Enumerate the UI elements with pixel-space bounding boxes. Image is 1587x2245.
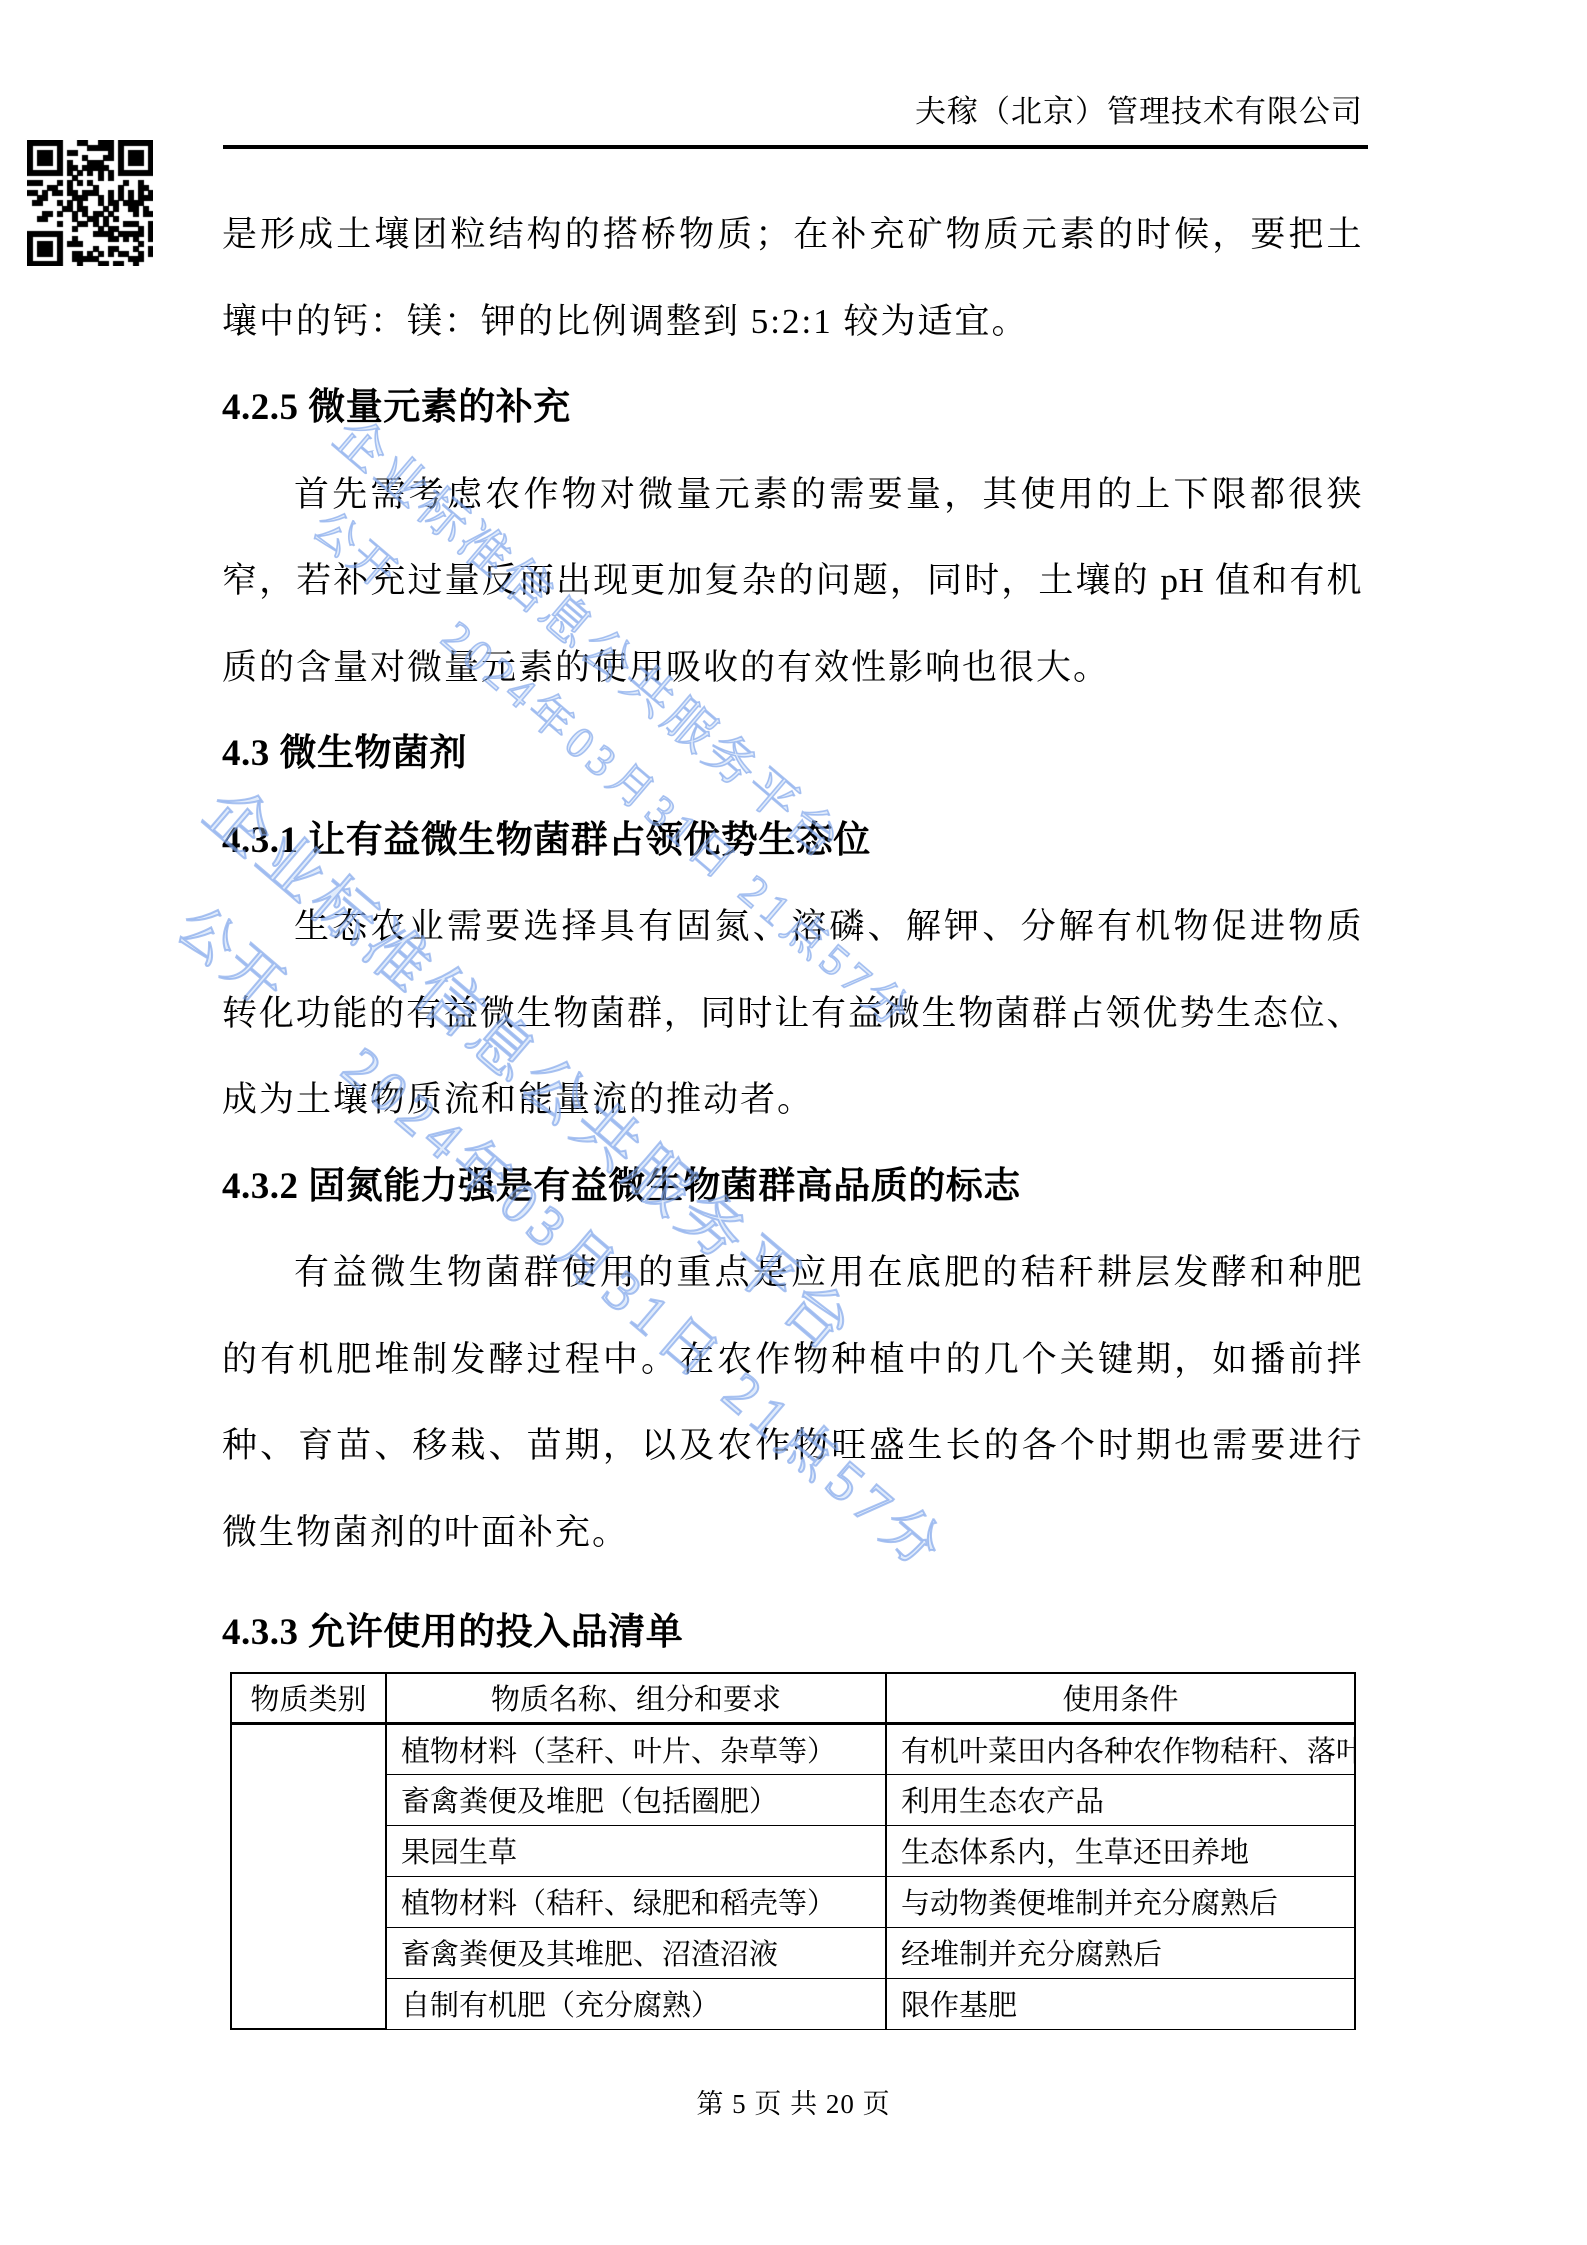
table-header-row: 物质类别 物质名称、组分和要求 使用条件 (231, 1673, 1355, 1723)
body-line: 种、育苗、移栽、苗期，以及农作物旺盛生长的各个时期也需要进行 (222, 1403, 1362, 1490)
use-condition-cell: 生态体系内，生草还田养地 (886, 1825, 1355, 1876)
table-row: 自制有机肥（充分腐熟）限作基肥 (231, 1978, 1355, 2029)
section-heading: 4.3.2 固氮能力强是有益微生物菌群高品质的标志 (222, 1144, 1362, 1231)
body-line: 窄，若补充过量反而出现更加复杂的问题，同时，土壤的 pH 值和有机 (222, 538, 1362, 625)
category-cell (231, 1723, 386, 2029)
material-name-cell: 果园生草 (386, 1825, 886, 1876)
table-row: 植物材料（秸秆、绿肥和稻壳等）与动物粪便堆制并充分腐熟后 (231, 1876, 1355, 1927)
col-header-name: 物质名称、组分和要求 (386, 1673, 886, 1723)
body-line: 壤中的钙：镁：钾的比例调整到 5:2:1 较为适宜。 (222, 279, 1362, 366)
section-heading: 4.3 微生物菌剂 (222, 711, 1362, 798)
body-line: 成为土壤物质流和能量流的推动者。 (222, 1057, 1362, 1144)
table-row: 畜禽粪便及堆肥（包括圈肥）利用生态农产品 (231, 1774, 1355, 1825)
inputs-table: 物质类别 物质名称、组分和要求 使用条件 植物材料（茎秆、叶片、杂草等）有机叶菜… (230, 1672, 1356, 2030)
body-line: 生态农业需要选择具有固氮、溶磷、解钾、分解有机物促进物质 (222, 884, 1362, 971)
body-line: 首先需考虑农作物对微量元素的需要量，其使用的上下限都很狭 (222, 452, 1362, 539)
body-line: 转化功能的有益微生物菌群，同时让有益微生物菌群占领优势生态位、 (222, 971, 1362, 1058)
use-condition-cell: 与动物粪便堆制并充分腐熟后 (886, 1876, 1355, 1927)
material-name-cell: 畜禽粪便及其堆肥、沼渣沼液 (386, 1927, 886, 1978)
material-name-cell: 畜禽粪便及堆肥（包括圈肥） (386, 1774, 886, 1825)
company-header: 夫稼（北京）管理技术有限公司 (915, 86, 1363, 131)
body-line: 是形成土壤团粒结构的搭桥物质；在补充矿物质元素的时候，要把土 (222, 192, 1362, 279)
use-condition-cell: 限作基肥 (886, 1978, 1355, 2029)
body-line: 质的含量对微量元素的使用吸收的有效性影响也很大。 (222, 625, 1362, 712)
section-heading: 4.3.3 允许使用的投入品清单 (222, 1590, 1362, 1677)
section-heading: 4.2.5 微量元素的补充 (222, 365, 1362, 452)
use-condition-cell: 有机叶菜田内各种农作物秸秆、落叶 (886, 1723, 1355, 1774)
table-row: 畜禽粪便及其堆肥、沼渣沼液经堆制并充分腐熟后 (231, 1927, 1355, 1978)
document-body: 是形成土壤团粒结构的搭桥物质；在补充矿物质元素的时候，要把土壤中的钙：镁：钾的比… (222, 192, 1362, 1677)
material-name-cell: 自制有机肥（充分腐熟） (386, 1978, 886, 2029)
col-header-condition: 使用条件 (886, 1673, 1355, 1723)
section-heading: 4.3.1 让有益微生物菌群占领优势生态位 (222, 798, 1362, 885)
document-page: 夫稼（北京）管理技术有限公司 企业标准信息公共服务平台 公开 2024年03月3… (0, 0, 1587, 2245)
qr-code-image (27, 140, 153, 266)
body-line: 有益微生物菌群使用的重点是应用在底肥的秸秆耕层发酵和种肥 (222, 1230, 1362, 1317)
use-condition-cell: 利用生态农产品 (886, 1774, 1355, 1825)
table-row: 植物材料（茎秆、叶片、杂草等）有机叶菜田内各种农作物秸秆、落叶 (231, 1723, 1355, 1774)
body-line: 微生物菌剂的叶面补充。 (222, 1490, 1362, 1577)
material-name-cell: 植物材料（茎秆、叶片、杂草等） (386, 1723, 886, 1774)
material-name-cell: 植物材料（秸秆、绿肥和稻壳等） (386, 1876, 886, 1927)
table-row: 果园生草生态体系内，生草还田养地 (231, 1825, 1355, 1876)
use-condition-cell: 经堆制并充分腐熟后 (886, 1927, 1355, 1978)
header-rule (223, 145, 1368, 149)
page-number: 第 5 页 共 20 页 (0, 2082, 1587, 2121)
col-header-category: 物质类别 (231, 1673, 386, 1723)
body-line: 的有机肥堆制发酵过程中。在农作物种植中的几个关键期，如播前拌 (222, 1317, 1362, 1404)
